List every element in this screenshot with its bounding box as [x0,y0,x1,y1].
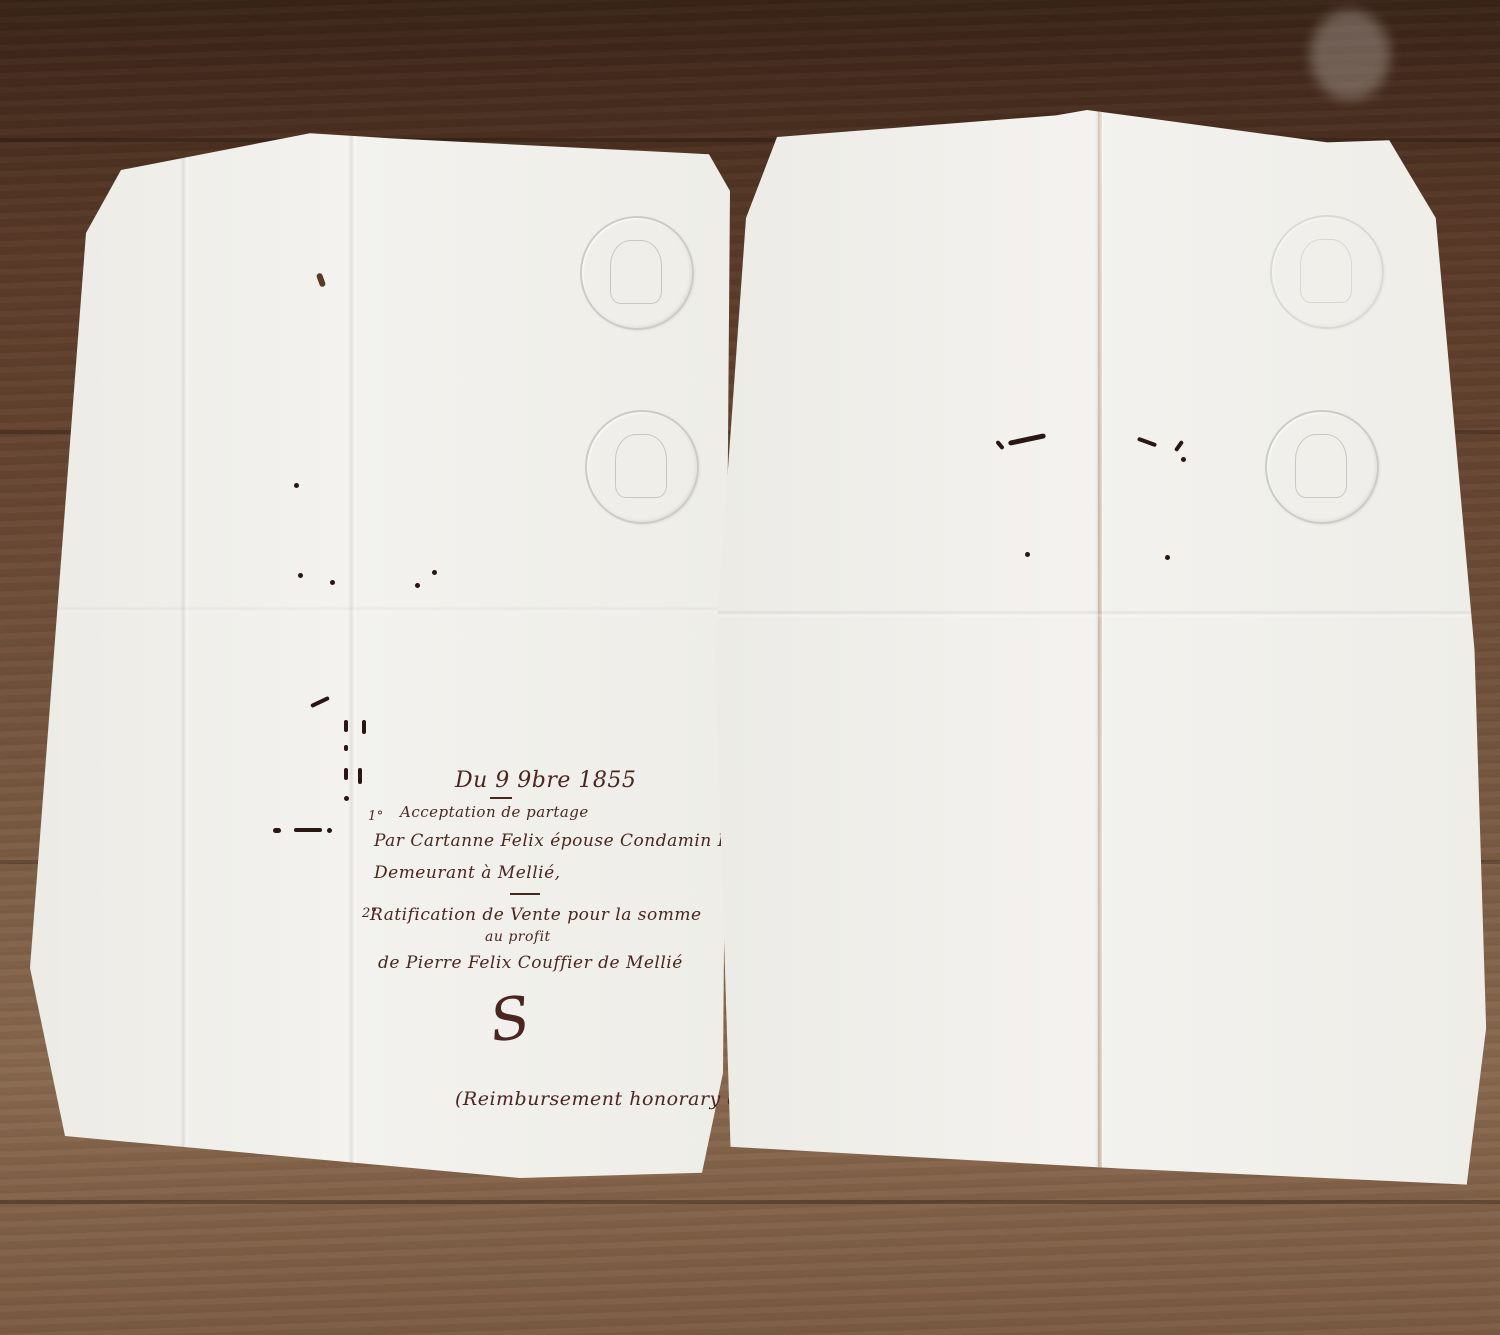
fold-line [348,128,358,1178]
ink-mark [294,828,322,832]
handwritten-line: Par Cartanne Felix épouse Condamin Pol [374,833,746,850]
fold-line [180,128,190,1178]
document-date: Du 9 9bre 1855 [455,770,636,792]
handwritten-line: Demeurant à Mellié, [374,865,561,882]
ink-dot [432,570,437,575]
ink-mark [310,696,330,708]
ink-dot [1181,457,1186,462]
ink-mark [1008,433,1046,446]
ink-mark [995,440,1004,450]
handwritten-signature: (Reimbursement honorary dû) [455,1090,761,1109]
separator-line [510,893,540,895]
ink-mark [362,720,366,734]
ink-mark [344,745,348,751]
embossed-seal-upper [1270,215,1384,329]
ink-dot [298,573,303,578]
embossed-seal-upper [580,216,694,330]
embossed-seal-lower [1265,410,1379,524]
handwritten-flourish: S [486,987,534,1050]
ink-dot [330,580,335,585]
ink-mark [1137,437,1157,448]
handwritten-line: de Pierre Felix Couffier de Mellié [378,955,683,972]
ink-dot [1165,555,1170,560]
ink-mark [358,768,362,784]
right-document [715,110,1490,1190]
wood-plank-seam [0,1200,1500,1204]
ink-blot [316,272,326,287]
handwritten-line: au profit [485,930,551,944]
fold-line [1095,110,1105,1190]
handwritten-line: Acceptation de partage [400,805,589,820]
ink-dot [294,483,299,488]
item-number: 1° [368,810,384,823]
ink-mark [273,828,281,833]
ink-mark [1174,440,1184,452]
ink-mark [344,720,348,732]
fold-line [715,610,1490,618]
embossed-seal-lower [585,410,699,524]
ink-dot [415,583,420,588]
ink-dot [1025,552,1030,557]
left-document [30,128,730,1178]
ink-dot [327,828,332,833]
fold-line [30,606,730,614]
date-underline [490,797,512,799]
ink-dot [344,796,349,801]
handwritten-line: Ratification de Vente pour la somme [370,907,702,924]
ink-mark [344,768,348,780]
wood-stain [1310,10,1390,100]
